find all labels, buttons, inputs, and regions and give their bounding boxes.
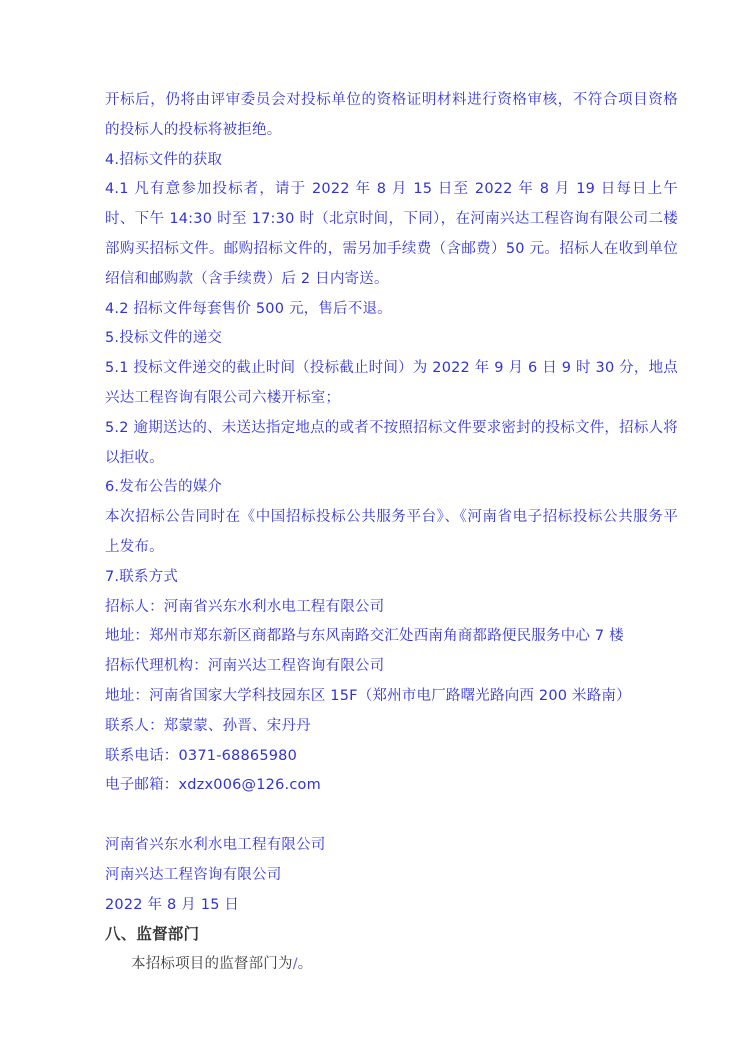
document-line: 本次招标公告同时在《中国招标投标公共服务平台》、《河南省电子招标投标公共服务平台… bbox=[105, 503, 678, 533]
document-line: 河南兴达工程咨询有限公司 bbox=[105, 861, 678, 891]
document-line: 电子邮箱：xdzx006@126.com bbox=[105, 771, 678, 801]
document-line: 部购买招标文件。邮购招标文件的，需另加手续费（含邮费）50 元。招标人在收到单位… bbox=[105, 235, 678, 265]
document-line: 地址：郑州市郑东新区商都路与东风南路交汇处西南角商都路便民服务中心 7 楼 bbox=[105, 622, 678, 652]
document-line: 兴达工程咨询有限公司六楼开标室； bbox=[105, 384, 678, 414]
text-run: 本招标项目的监督部门为 bbox=[131, 956, 293, 972]
document-line bbox=[105, 801, 678, 831]
document-line: 开标后，仍将由评审委员会对投标单位的资格证明材料进行资格审核，不符合项目资格条件 bbox=[105, 86, 678, 116]
document-line: 以拒收。 bbox=[105, 444, 678, 474]
document-line: 时、下午 14:30 时至 17:30 时（北京时间，下同），在河南兴达工程咨询… bbox=[105, 205, 678, 235]
document-line: 本招标项目的监督部门为/。 bbox=[105, 950, 678, 980]
document-body: 开标后，仍将由评审委员会对投标单位的资格证明材料进行资格审核，不符合项目资格条件… bbox=[105, 86, 678, 980]
document-line: 河南省兴东水利水电工程有限公司 bbox=[105, 831, 678, 861]
document-line: 7.联系方式 bbox=[105, 563, 678, 593]
document-line: 招标代理机构：河南兴达工程咨询有限公司 bbox=[105, 652, 678, 682]
section-heading: 八、监督部门 bbox=[105, 920, 678, 950]
document-page: 开标后，仍将由评审委员会对投标单位的资格证明材料进行资格审核，不符合项目资格条件… bbox=[0, 0, 746, 1063]
document-line: 6.发布公告的媒介 bbox=[105, 473, 678, 503]
document-line: 联系人：郑蒙蒙、孙晋、宋丹丹 bbox=[105, 712, 678, 742]
document-line: 2022 年 8 月 15 日 bbox=[105, 891, 678, 921]
document-line: 4.2 招标文件每套售价 500 元，售后不退。 bbox=[105, 295, 678, 325]
document-line: 联系电话：0371-68865980 bbox=[105, 742, 678, 772]
document-line: 5.2 逾期送达的、未送达指定地点的或者不按照招标文件要求密封的投标文件，招标人… bbox=[105, 414, 678, 444]
document-line: 招标人：河南省兴东水利水电工程有限公司 bbox=[105, 593, 678, 623]
document-line: 5.投标文件的递交 bbox=[105, 324, 678, 354]
document-line: 4.1 凡有意参加投标者，请于 2022 年 8 月 15 日至 2022 年 … bbox=[105, 175, 678, 205]
document-line: 上发布。 bbox=[105, 533, 678, 563]
document-line: 5.1 投标文件递交的截止时间（投标截止时间）为 2022 年 9 月 6 日 … bbox=[105, 354, 678, 384]
document-line: 4.招标文件的获取 bbox=[105, 146, 678, 176]
document-line: 绍信和邮购款（含手续费）后 2 日内寄送。 bbox=[105, 265, 678, 295]
document-line: 的投标人的投标将被拒绝。 bbox=[105, 116, 678, 146]
document-line: 地址：河南省国家大学科技园东区 15F（郑州市电厂路曙光路向西 200 米路南） bbox=[105, 682, 678, 712]
text-run: 。 bbox=[298, 956, 313, 972]
